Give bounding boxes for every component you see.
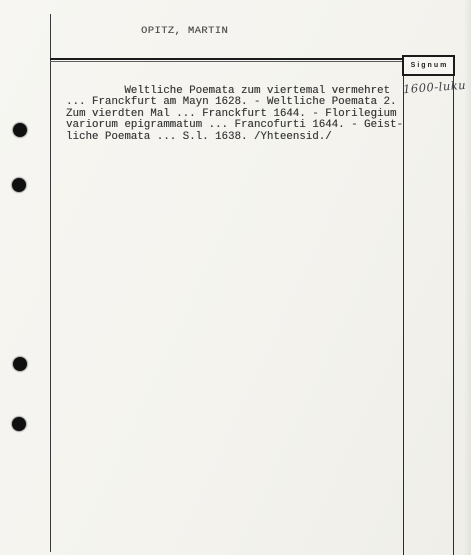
card-right-border (453, 58, 454, 555)
punch-hole (12, 417, 26, 431)
left-margin-rule (50, 14, 51, 552)
author-heading: OPITZ, MARTIN (141, 25, 228, 37)
punch-hole (13, 123, 27, 137)
entry-line: liche Poemata ... S.l. 1638. /Yhteensid.… (66, 132, 403, 143)
catalog-entry-text: Weltliche Poemata zum viertemal vermehre… (66, 86, 403, 143)
punch-hole (13, 357, 27, 371)
card-top-border (50, 58, 454, 62)
catalog-card-page: OPITZ, MARTIN Signum 1600-luku Weltliche… (0, 0, 471, 555)
signum-header-box: Signum (402, 55, 455, 76)
signum-label: Signum (411, 62, 449, 69)
paper-edge-shadow (464, 0, 471, 555)
signum-handwritten-value: 1600-luku (403, 78, 467, 96)
punch-hole (12, 178, 26, 192)
entry-line: variorum epigrammatum ... Francofurti 16… (66, 120, 403, 131)
signum-column-divider (403, 58, 404, 555)
